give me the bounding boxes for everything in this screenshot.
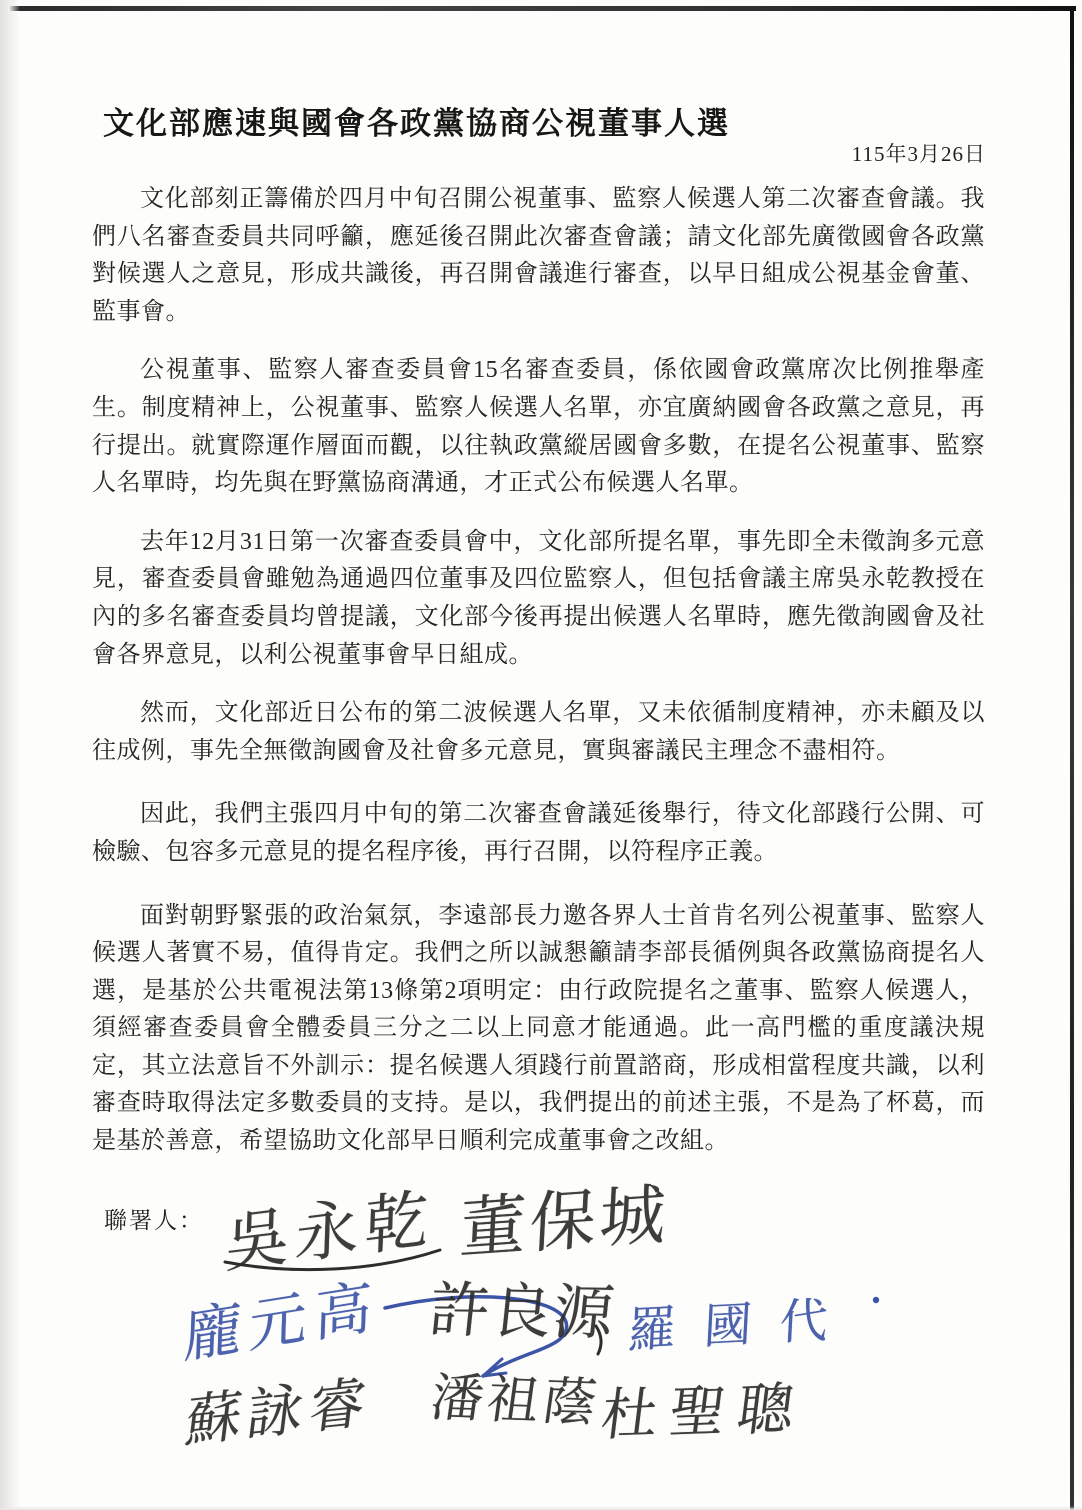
paragraph-3: 去年12月31日第一次審查委員會中，文化部所提名單，事先即全未徵詢多元意見，審查… xyxy=(92,524,985,674)
signature-4: 許良源 xyxy=(426,1262,621,1351)
scanned-letter: 文化部應速與國會各政黨協商公視董事人選 115年3月26日 文化部刻正籌備於四月… xyxy=(0,0,1082,1510)
document-body: 文化部刻正籌備於四月中旬召開公視董事、監察人候選人第二次審查會議。我們八名審查委… xyxy=(92,181,985,1182)
paragraph-1: 文化部刻正籌備於四月中旬召開公視董事、監察人候選人第二次審查會議。我們八名審查委… xyxy=(92,181,985,331)
document-date: 115年3月26日 xyxy=(852,138,986,168)
signature-2: 董保城 xyxy=(458,1160,672,1270)
scan-edge-top xyxy=(10,6,1076,11)
paragraph-5: 因此，我們主張四月中旬的第二次審查會議延後舉行，待文化部踐行公開、可檢驗、包容多… xyxy=(92,796,985,871)
cosigners-label: 聯署人： xyxy=(104,1202,204,1235)
document-title: 文化部應速與國會各政黨協商公視董事人選 xyxy=(103,98,730,143)
signature-7: 潘祖蔭 xyxy=(427,1355,605,1436)
paragraph-2: 公視董事、監察人審查委員會15名審查委員，係依國會政黨席次比例推舉產生。制度精神… xyxy=(92,352,985,502)
signature-section: 聯署人： 吳永乾 董保城 龐元高 許良源 羅國代 蘇詠睿 潘祖蔭 杜聖聰 xyxy=(0,1150,1082,1510)
paragraph-6: 面對朝野緊張的政治氣氛，李遠部長力邀各界人士首肯名列公視董事、監察人候選人著實不… xyxy=(92,898,985,1161)
signature-5: 羅國代 xyxy=(626,1280,857,1361)
signature-8: 杜聖聰 xyxy=(597,1364,811,1452)
paragraph-4: 然而，文化部近日公布的第二波候選人名單，又未依循制度精神，亦未顧及以往成例，事先… xyxy=(92,695,985,770)
